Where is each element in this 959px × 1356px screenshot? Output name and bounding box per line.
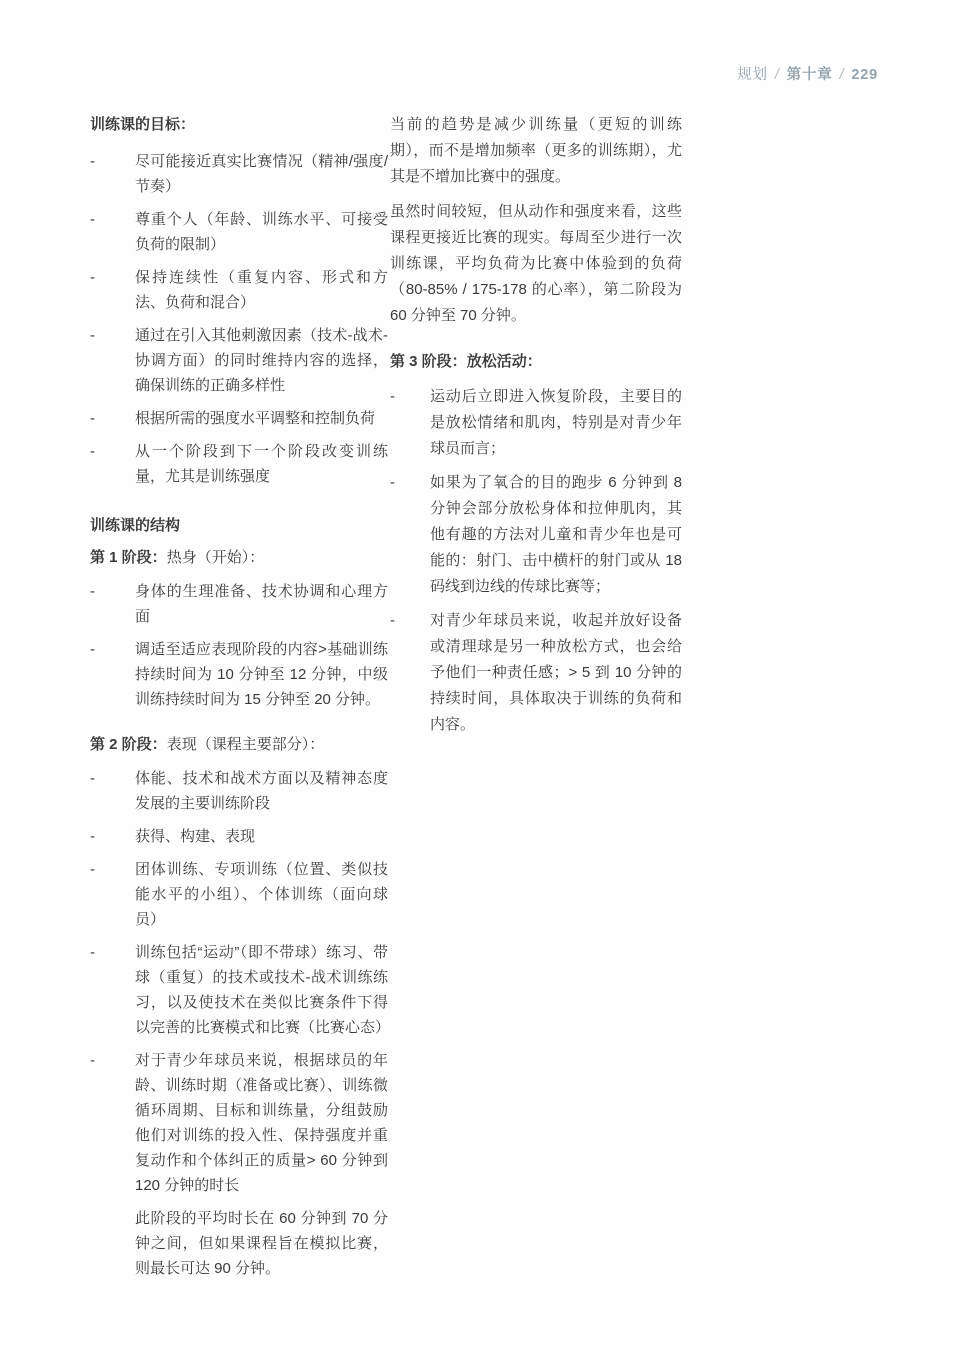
- list-item: - 保持连续性（重复内容、形式和方法、负荷和混合）: [90, 265, 388, 315]
- bullet-dash: -: [90, 149, 135, 199]
- bullet-text: 对青少年球员来说，收起并放好设备或清理球是另一种放松方式，也会给予他们一种责任感…: [430, 608, 682, 738]
- bullet-text: 运动后立即进入恢复阶段，主要目的是放松情绪和肌肉，特别是对青少年球员而言；: [430, 384, 682, 462]
- phase1-subtitle: 热身（开始）：: [167, 549, 265, 566]
- phase1-header: 第 1 阶段：热身（开始）：: [90, 545, 388, 570]
- bullet-text: 训练包括“运动”（即不带球）练习、带球（重复）的技术或技术-战术训练练习，以及使…: [135, 940, 388, 1040]
- bullet-text: 体能、技术和战术方面以及精神态度发展的主要训练阶段: [135, 766, 388, 816]
- breadcrumb: 规划/第十章/229: [737, 63, 878, 84]
- list-item: - 体能、技术和战术方面以及精神态度发展的主要训练阶段: [90, 766, 388, 816]
- bullet-dash: -: [90, 766, 135, 816]
- list-item: - 从一个阶段到下一个阶段改变训练量，尤其是训练强度: [90, 439, 388, 489]
- goals-section-title: 训练课的目标：: [90, 112, 388, 137]
- list-item: - 调适至适应表现阶段的内容>基础训练持续时间为 10 分钟至 12 分钟，中级…: [90, 637, 388, 712]
- list-item: - 运动后立即进入恢复阶段，主要目的是放松情绪和肌肉，特别是对青少年球员而言；: [390, 384, 682, 462]
- right-column: 当前的趋势是减少训练量（更短的训练期），而不是增加频率（更多的训练期），尤其是不…: [390, 112, 682, 746]
- paragraph: 虽然时间较短，但从动作和强度来看，这些课程更接近比赛的现实。每周至少进行一次训练…: [390, 199, 682, 329]
- bullet-text: 调适至适应表现阶段的内容>基础训练持续时间为 10 分钟至 12 分钟，中级训练…: [135, 637, 388, 712]
- phase3-bullet-list: - 运动后立即进入恢复阶段，主要目的是放松情绪和肌肉，特别是对青少年球员而言； …: [390, 384, 682, 738]
- bullet-text: 身体的生理准备、技术协调和心理方面: [135, 579, 388, 629]
- phase1-bullet-list: - 身体的生理准备、技术协调和心理方面 - 调适至适应表现阶段的内容>基础训练持…: [90, 579, 388, 712]
- bullet-dash: -: [390, 470, 430, 600]
- list-item: - 训练包括“运动”（即不带球）练习、带球（重复）的技术或技术-战术训练练习，以…: [90, 940, 388, 1040]
- list-item: - 如果为了氧合的目的跑步 6 分钟到 8 分钟会部分放松身体和拉伸肌肉，其他有…: [390, 470, 682, 600]
- bullet-dash: -: [90, 439, 135, 489]
- list-item: - 尊重个人（年龄、训练水平、可接受负荷的限制）: [90, 207, 388, 257]
- breadcrumb-chapter: 第十章: [787, 67, 833, 83]
- bullet-text: 保持连续性（重复内容、形式和方法、负荷和混合）: [135, 265, 388, 315]
- list-item: - 通过在引入其他刺激因素（技术-战术-协调方面）的同时维持内容的选择，确保训练…: [90, 323, 388, 398]
- bullet-dash: -: [390, 384, 430, 462]
- phase3-header: 第 3 阶段：放松活动：: [390, 349, 682, 375]
- bullet-text: 根据所需的强度水平调整和控制负荷: [135, 406, 388, 431]
- bullet-dash: -: [90, 824, 135, 849]
- phase2-duration-note: 此阶段的平均时长在 60 分钟到 70 分钟之间，但如果课程旨在模拟比赛，则最长…: [90, 1206, 388, 1281]
- phase3-label: 第 3 阶段：: [390, 353, 467, 370]
- phase2-subtitle: 表现（课程主要部分）：: [167, 736, 325, 753]
- bullet-text: 从一个阶段到下一个阶段改变训练量，尤其是训练强度: [135, 439, 388, 489]
- goals-bullet-list: - 尽可能接近真实比赛情况（精神/强度/节奏） - 尊重个人（年龄、训练水平、可…: [90, 149, 388, 489]
- list-item: - 获得、构建、表现: [90, 824, 388, 849]
- phase2-bullet-list: - 体能、技术和战术方面以及精神态度发展的主要训练阶段 - 获得、构建、表现 -…: [90, 766, 388, 1198]
- page-number: 229: [851, 67, 878, 83]
- bullet-text: 团体训练、专项训练（位置、类似技能水平的小组）、个体训练（面向球员）: [135, 857, 388, 932]
- list-item: - 尽可能接近真实比赛情况（精神/强度/节奏）: [90, 149, 388, 199]
- list-item: - 对于青少年球员来说，根据球员的年龄、训练时期（准备或比赛）、训练微循环周期、…: [90, 1048, 388, 1198]
- bullet-dash: -: [90, 1048, 135, 1198]
- list-item: - 团体训练、专项训练（位置、类似技能水平的小组）、个体训练（面向球员）: [90, 857, 388, 932]
- left-column: 训练课的目标： - 尽可能接近真实比赛情况（精神/强度/节奏） - 尊重个人（年…: [90, 112, 388, 1281]
- bullet-dash: -: [90, 323, 135, 398]
- bullet-text: 如果为了氧合的目的跑步 6 分钟到 8 分钟会部分放松身体和拉伸肌肉，其他有趣的…: [430, 470, 682, 600]
- list-item: - 根据所需的强度水平调整和控制负荷: [90, 406, 388, 431]
- breadcrumb-separator: /: [775, 67, 780, 83]
- bullet-text: 通过在引入其他刺激因素（技术-战术-协调方面）的同时维持内容的选择，确保训练的正…: [135, 323, 388, 398]
- bullet-dash: -: [90, 637, 135, 712]
- bullet-text: 尽可能接近真实比赛情况（精神/强度/节奏）: [135, 149, 388, 199]
- bullet-text: 对于青少年球员来说，根据球员的年龄、训练时期（准备或比赛）、训练微循环周期、目标…: [135, 1048, 388, 1198]
- phase1-label: 第 1 阶段：: [90, 549, 167, 566]
- phase2-header: 第 2 阶段：表现（课程主要部分）：: [90, 732, 388, 757]
- phase3-subtitle: 放松活动：: [467, 353, 542, 370]
- document-page: 规划/第十章/229 训练课的目标： - 尽可能接近真实比赛情况（精神/强度/节…: [0, 0, 959, 1356]
- bullet-dash: -: [90, 207, 135, 257]
- bullet-dash: -: [90, 265, 135, 315]
- list-item: - 身体的生理准备、技术协调和心理方面: [90, 579, 388, 629]
- structure-section-title: 训练课的结构: [90, 513, 388, 538]
- list-item: - 对青少年球员来说，收起并放好设备或清理球是另一种放松方式，也会给予他们一种责…: [390, 608, 682, 738]
- bullet-text: 尊重个人（年龄、训练水平、可接受负荷的限制）: [135, 207, 388, 257]
- bullet-dash: -: [390, 608, 430, 738]
- bullet-dash: -: [90, 857, 135, 932]
- bullet-dash: -: [90, 579, 135, 629]
- phase2-label: 第 2 阶段：: [90, 736, 167, 753]
- breadcrumb-separator: /: [840, 67, 845, 83]
- bullet-dash: -: [90, 940, 135, 1040]
- bullet-text: 获得、构建、表现: [135, 824, 388, 849]
- paragraph: 当前的趋势是减少训练量（更短的训练期），而不是增加频率（更多的训练期），尤其是不…: [390, 112, 682, 190]
- breadcrumb-section: 规划: [737, 67, 768, 83]
- bullet-dash: -: [90, 406, 135, 431]
